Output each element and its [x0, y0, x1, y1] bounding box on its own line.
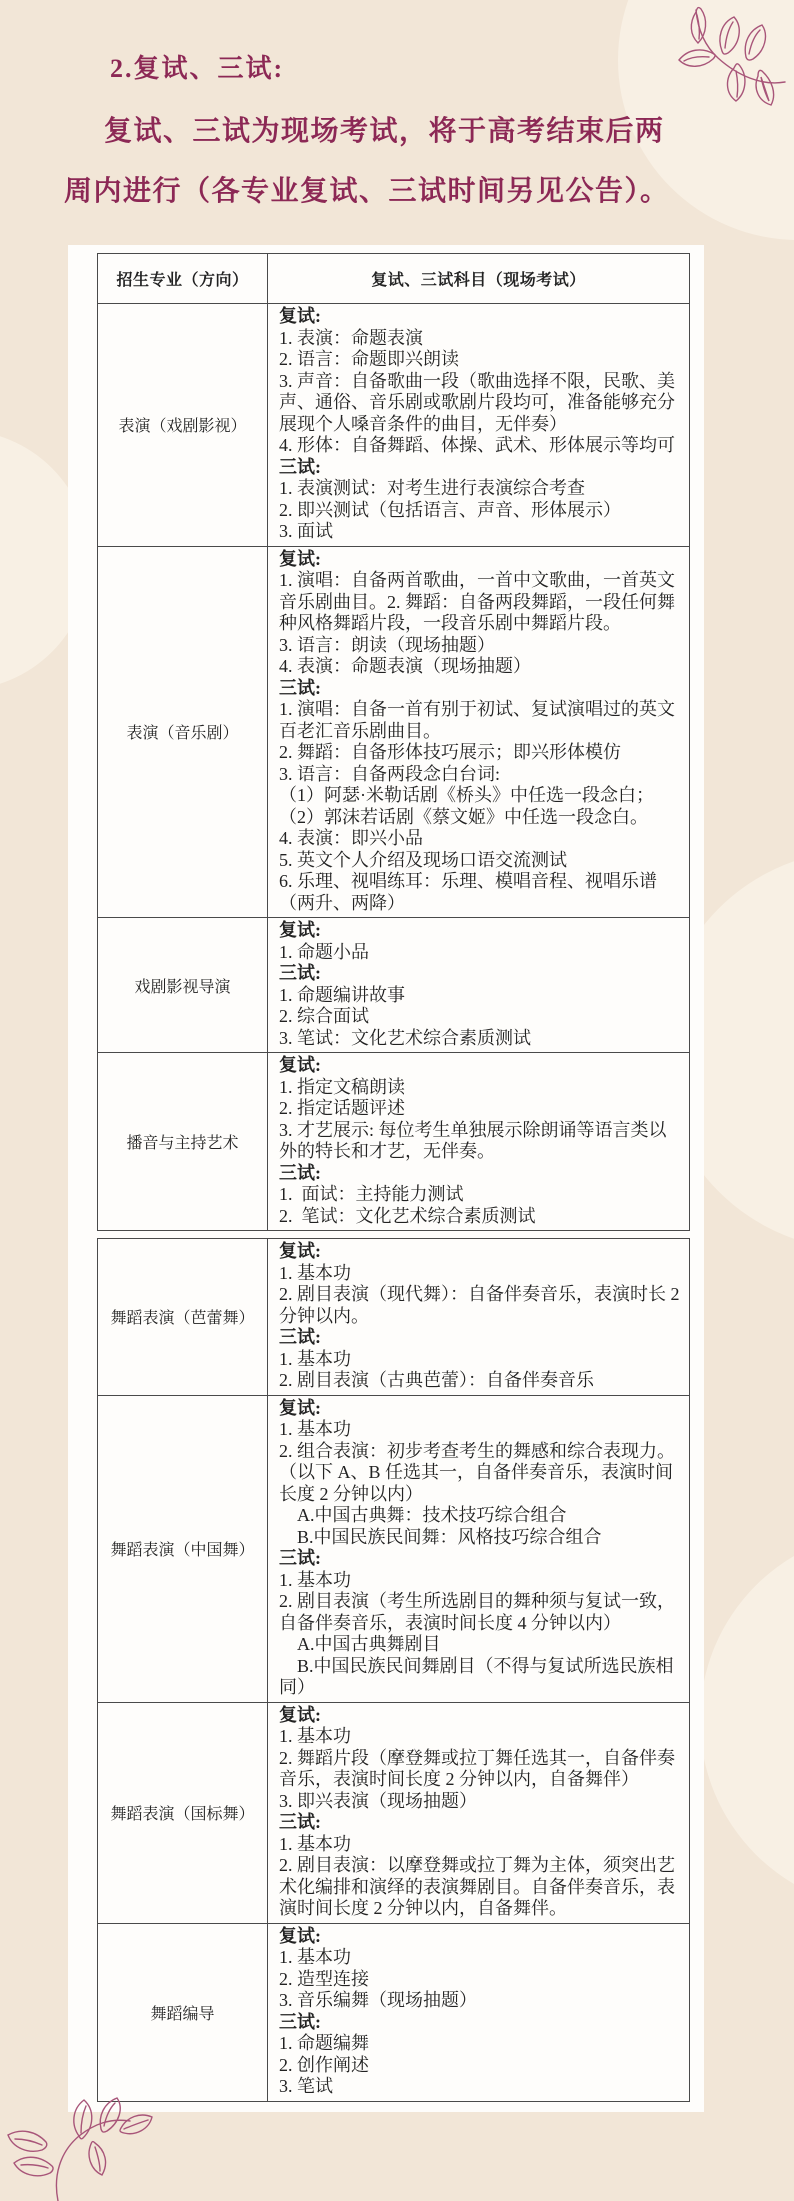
exam-line: 1. 基本功 [279, 1263, 684, 1285]
exam-line: （1）阿瑟·米勒话剧《桥头》中任选一段念白； [279, 785, 684, 807]
exam-line: 6. 乐理、视唱练耳：乐理、模唱音程、视唱乐谱（两升、两降） [279, 871, 684, 914]
exam-line: 2. 笔试：文化艺术综合素质测试 [279, 1206, 684, 1228]
exam-line: 1. 基本功 [279, 1570, 684, 1592]
table-row: 舞蹈表演（国标舞）复试:1. 基本功2. 舞蹈片段（摩登舞或拉丁舞任选其一，自备… [98, 1702, 690, 1923]
table-row: 戏剧影视导演复试:1. 命题小品三试:1. 命题编讲故事2. 综合面试3. 笔试… [98, 918, 690, 1053]
major-cell: 舞蹈表演（芭蕾舞） [98, 1239, 268, 1396]
major-cell: 表演（音乐剧） [98, 546, 268, 918]
exam-line: 3. 才艺展示: 每位考生单独展示除朗诵等语言类以外的特长和才艺，无伴奏。 [279, 1120, 684, 1163]
exam-line: 3. 语言：朗读（现场抽题） [279, 635, 684, 657]
stage-label: 三试: [279, 963, 684, 985]
table-row: 播音与主持艺术复试:1. 指定文稿朗读2. 指定话题评述3. 才艺展示: 每位考… [98, 1053, 690, 1231]
exam-line: 1. 演唱：自备两首歌曲，一首中文歌曲，一首英文音乐剧曲目。2. 舞蹈：自备两段… [279, 570, 684, 635]
exam-line: 1. 命题编舞 [279, 2033, 684, 2055]
stage-label: 三试: [279, 1548, 684, 1570]
table-row: 表演（音乐剧）复试:1. 演唱：自备两首歌曲，一首中文歌曲，一首英文音乐剧曲目。… [98, 546, 690, 918]
header-row: 招生专业（方向） 复试、三试科目（现场考试） [98, 254, 690, 304]
stage-label: 三试: [279, 2012, 684, 2034]
exam-line: 1. 表演测试：对考生进行表演综合考查 [279, 478, 684, 500]
table-sheet: 招生专业（方向） 复试、三试科目（现场考试） 表演（戏剧影视）复试:1. 表演：… [68, 245, 704, 2112]
stage-label: 三试: [279, 457, 684, 479]
exam-line: 1. 表演：命题表演 [279, 328, 684, 350]
exam-line: 3. 即兴表演（现场抽题） [279, 1791, 684, 1813]
col-header-major: 招生专业（方向） [98, 254, 268, 304]
exam-line: 1. 基本功 [279, 1419, 684, 1441]
table-row: 舞蹈编导复试:1. 基本功2. 造型连接3. 音乐编舞（现场抽题）三试:1. 命… [98, 1923, 690, 2101]
col-header-subjects: 复试、三试科目（现场考试） [268, 254, 690, 304]
subjects-cell: 复试:1. 演唱：自备两首歌曲，一首中文歌曲，一首英文音乐剧曲目。2. 舞蹈：自… [268, 546, 690, 918]
table-row: 舞蹈表演（芭蕾舞）复试:1. 基本功2. 剧目表演（现代舞）：自备伴奏音乐，表演… [98, 1239, 690, 1396]
table-row: 舞蹈表演（中国舞）复试:1. 基本功2. 组合表演：初步考查考生的舞感和综合表现… [98, 1395, 690, 1702]
exam-table-main: 招生专业（方向） 复试、三试科目（现场考试） 表演（戏剧影视）复试:1. 表演：… [97, 253, 690, 1231]
intro-line: 复试、三试为现场考试，将于高考结束后两 [64, 102, 744, 162]
exam-line: 3. 笔试：文化艺术综合素质测试 [279, 1028, 684, 1050]
exam-table-dance: 舞蹈表演（芭蕾舞）复试:1. 基本功2. 剧目表演（现代舞）：自备伴奏音乐，表演… [97, 1238, 690, 2102]
major-cell: 舞蹈编导 [98, 1923, 268, 2101]
stage-label: 复试: [279, 920, 684, 942]
exam-line: 2. 剧目表演（古典芭蕾）：自备伴奏音乐 [279, 1370, 684, 1392]
exam-line: 2. 舞蹈片段（摩登舞或拉丁舞任选其一，自备伴奏音乐，表演时间长度 2 分钟以内… [279, 1748, 684, 1791]
exam-line: 2. 语言：命题即兴朗读 [279, 349, 684, 371]
exam-line: 2. 创作阐述 [279, 2055, 684, 2077]
major-cell: 播音与主持艺术 [98, 1053, 268, 1231]
exam-line: 2. 即兴测试（包括语言、声音、形体展示） [279, 500, 684, 522]
exam-line: 2. 综合面试 [279, 1006, 684, 1028]
exam-line: 2. 指定话题评述 [279, 1098, 684, 1120]
subjects-cell: 复试:1. 基本功2. 组合表演：初步考查考生的舞感和综合表现力。（以下 A、B… [268, 1395, 690, 1702]
exam-line: 3. 声音：自备歌曲一段（歌曲选择不限，民歌、美声、通俗、音乐剧或歌剧片段均可，… [279, 371, 684, 436]
stage-label: 三试: [279, 1163, 684, 1185]
stage-label: 复试: [279, 1705, 684, 1727]
exam-line: 2. 剧目表演（现代舞）：自备伴奏音乐，表演时长 2 分钟以内。 [279, 1284, 684, 1327]
exam-line: （2）郭沫若话剧《蔡文姬》中任选一段念白。 [279, 807, 684, 829]
exam-line: 1. 命题编讲故事 [279, 985, 684, 1007]
stage-label: 三试: [279, 1812, 684, 1834]
exam-line: 1. 基本功 [279, 1726, 684, 1748]
subjects-cell: 复试:1. 基本功2. 造型连接3. 音乐编舞（现场抽题）三试:1. 命题编舞2… [268, 1923, 690, 2101]
leaf-branch-icon [0, 2086, 158, 2201]
subjects-cell: 复试:1. 表演：命题表演2. 语言：命题即兴朗读3. 声音：自备歌曲一段（歌曲… [268, 304, 690, 547]
exam-line: A.中国古典舞：技术技巧综合组合 [279, 1505, 684, 1527]
exam-line: 1. 基本功 [279, 1947, 684, 1969]
major-cell: 舞蹈表演（国标舞） [98, 1702, 268, 1923]
exam-line: 3. 音乐编舞（现场抽题） [279, 1990, 684, 2012]
stage-label: 三试: [279, 678, 684, 700]
exam-line: 4. 形体：自备舞蹈、体操、武术、形体展示等均可 [279, 435, 684, 457]
exam-line: 2. 舞蹈：自备形体技巧展示；即兴形体模仿 [279, 742, 684, 764]
major-cell: 戏剧影视导演 [98, 918, 268, 1053]
intro-line: 周内进行（各专业复试、三试时间另见公告）。 [64, 162, 744, 222]
exam-line: 2. 剧目表演：以摩登舞或拉丁舞为主体，须突出艺术化编排和演绎的表演舞剧目。自备… [279, 1855, 684, 1920]
subjects-cell: 复试:1. 指定文稿朗读2. 指定话题评述3. 才艺展示: 每位考生单独展示除朗… [268, 1053, 690, 1231]
subjects-cell: 复试:1. 命题小品三试:1. 命题编讲故事2. 综合面试3. 笔试：文化艺术综… [268, 918, 690, 1053]
major-cell: 舞蹈表演（中国舞） [98, 1395, 268, 1702]
subjects-cell: 复试:1. 基本功2. 剧目表演（现代舞）：自备伴奏音乐，表演时长 2 分钟以内… [268, 1239, 690, 1396]
stage-label: 复试: [279, 1398, 684, 1420]
exam-line: B.中国民族民间舞：风格技巧综合组合 [279, 1527, 684, 1549]
exam-line: 1. 基本功 [279, 1834, 684, 1856]
stage-label: 复试: [279, 1055, 684, 1077]
exam-line: 3. 面试 [279, 521, 684, 543]
exam-line: 1. 命题小品 [279, 942, 684, 964]
exam-line: 1. 基本功 [279, 1349, 684, 1371]
exam-line: 2. 剧目表演（考生所选剧目的舞种须与复试一致，自备伴奏音乐，表演时间长度 4 … [279, 1591, 684, 1634]
stage-label: 三试: [279, 1327, 684, 1349]
exam-line: 1. 指定文稿朗读 [279, 1077, 684, 1099]
exam-line: 2. 造型连接 [279, 1969, 684, 1991]
table-row: 表演（戏剧影视）复试:1. 表演：命题表演2. 语言：命题即兴朗读3. 声音：自… [98, 304, 690, 547]
section-heading: 2.复试、三试: [110, 48, 284, 85]
exam-line: 1. 演唱：自备一首有别于初试、复试演唱过的英文百老汇音乐剧曲目。 [279, 699, 684, 742]
exam-line: 3. 笔试 [279, 2076, 684, 2098]
stage-label: 复试: [279, 306, 684, 328]
background-circle [700, 1530, 794, 1910]
subjects-cell: 复试:1. 基本功2. 舞蹈片段（摩登舞或拉丁舞任选其一，自备伴奏音乐，表演时间… [268, 1702, 690, 1923]
exam-line: 1. 面试：主持能力测试 [279, 1184, 684, 1206]
stage-label: 复试: [279, 549, 684, 571]
exam-line: 4. 表演：即兴小品 [279, 828, 684, 850]
stage-label: 复试: [279, 1926, 684, 1948]
exam-line: 5. 英文个人介绍及现场口语交流测试 [279, 850, 684, 872]
exam-line: 4. 表演：命题表演（现场抽题） [279, 656, 684, 678]
exam-line: B.中国民族民间舞剧目（不得与复试所选民族相同） [279, 1656, 684, 1699]
page-background: { "page": { "heading": "2.复试、三试:", "intr… [0, 0, 794, 2201]
exam-line: A.中国古典舞剧目 [279, 1634, 684, 1656]
intro-paragraph: 复试、三试为现场考试，将于高考结束后两 周内进行（各专业复试、三试时间另见公告）… [64, 102, 744, 222]
major-cell: 表演（戏剧影视） [98, 304, 268, 547]
exam-line: 2. 组合表演：初步考查考生的舞感和综合表现力。（以下 A、B 任选其一，自备伴… [279, 1441, 684, 1506]
stage-label: 复试: [279, 1241, 684, 1263]
exam-line: 3. 语言：自备两段念白台词: [279, 764, 684, 786]
